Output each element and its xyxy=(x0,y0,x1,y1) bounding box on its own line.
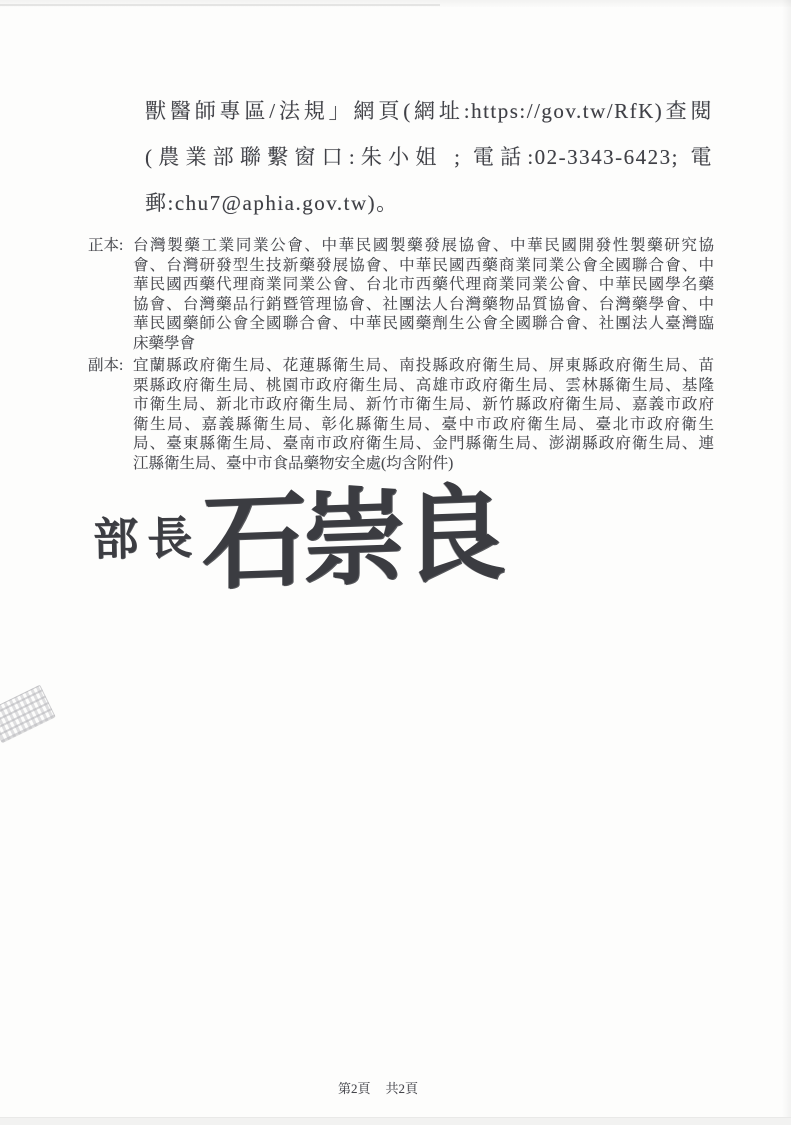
minister-title: 部長 xyxy=(92,501,201,568)
page-total-label: 共2頁 xyxy=(386,1078,419,1097)
ink-stamp-icon xyxy=(0,685,56,744)
recipient-line: 華民國西藥代理商業同業公會、台北市西藥代理商業同業公會、中華民國學名藥 xyxy=(133,275,714,295)
scan-edge-top-line xyxy=(0,4,440,6)
intro-line: 獸醫師專區/法規」網頁(網址:https://gov.tw/RfK)查閱 xyxy=(145,88,713,134)
recipient-line: 床藥學會 xyxy=(133,334,714,354)
intro-paragraph: 獸醫師專區/法規」網頁(網址:https://gov.tw/RfK)查閱 (農業… xyxy=(145,88,713,226)
minister-signature: 石崇良 xyxy=(202,449,502,610)
copy-recipients-label: 副本: xyxy=(88,356,136,376)
scan-edge-bottom xyxy=(0,1117,791,1125)
recipient-line: 栗縣政府衛生局、桃園市政府衛生局、高雄市政府衛生局、雲林縣衛生局、基隆 xyxy=(133,376,714,396)
recipient-line: 衛生局、嘉義縣衛生局、彰化縣衛生局、臺中市政府衛生局、臺北市政府衛生 xyxy=(133,415,714,435)
recipient-line: 會、台灣研發型生技新藥發展協會、中華民國西藥商業同業公會全國聯合會、中 xyxy=(133,256,714,276)
recipient-line: 台灣製藥工業同業公會、中華民國製藥發展協會、中華民國開發性製藥研究協 xyxy=(133,236,714,256)
scanned-document-page: 獸醫師專區/法規」網頁(網址:https://gov.tw/RfK)查閱 (農業… xyxy=(0,0,791,1125)
intro-line: (農業部聯繫窗口:朱小姐 ; 電話:02-3343-6423; 電 xyxy=(145,134,713,180)
recipient-line: 華民國藥師公會全國聯合會、中華民國藥劑生公會全國聯合會、社團法人臺灣臨 xyxy=(133,314,714,334)
recipient-line: 市衛生局、新北市政府衛生局、新竹市衛生局、新竹縣政府衛生局、嘉義市政府 xyxy=(133,395,714,415)
page-footer: 第2頁 共2頁 xyxy=(338,1078,418,1097)
page-number-label: 第2頁 xyxy=(338,1078,371,1097)
original-recipients-label: 正本: xyxy=(88,236,136,256)
scan-edge-right xyxy=(782,0,791,1125)
minister-signature-block: 部長 石崇良 xyxy=(90,468,510,618)
original-recipients-list: 台灣製藥工業同業公會、中華民國製藥發展協會、中華民國開發性製藥研究協 會、台灣研… xyxy=(133,236,714,354)
intro-line: 郵:chu7@aphia.gov.tw)。 xyxy=(145,180,713,226)
recipient-line: 協會、台灣藥品行銷暨管理協會、社團法人台灣藥物品質協會、台灣藥學會、中 xyxy=(133,295,714,315)
recipient-line: 宜蘭縣政府衛生局、花蓮縣衛生局、南投縣政府衛生局、屏東縣政府衛生局、苗 xyxy=(133,356,714,376)
